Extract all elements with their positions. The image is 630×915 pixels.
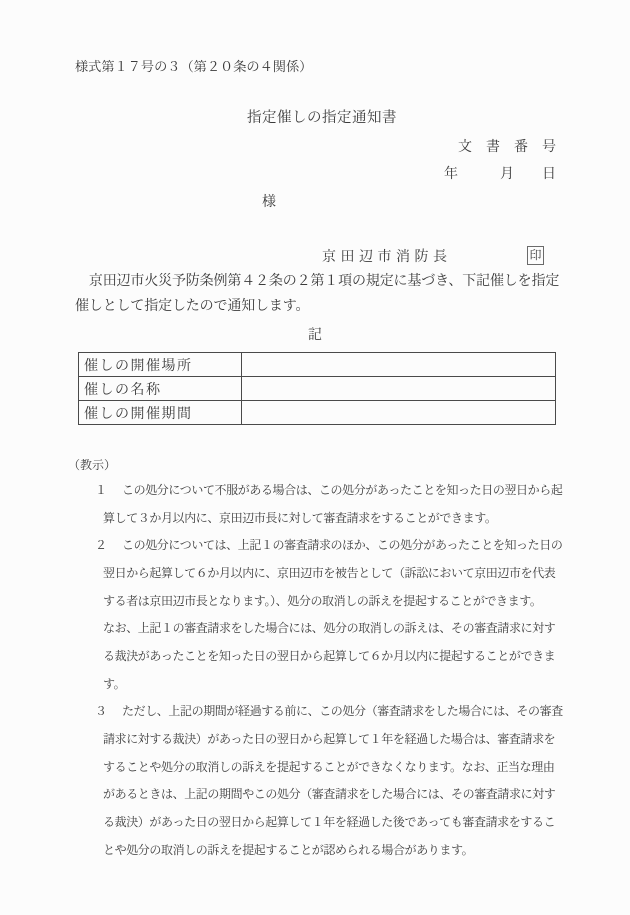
row-value-event-period xyxy=(242,401,556,425)
event-details-table: 催しの開催場所 催しの名称 催しの開催期間 xyxy=(78,352,556,425)
note-item-2-line: する者は京田辺市長となります。）、処分の取消しの訴えを提起することができます。 xyxy=(75,588,567,616)
note-item-text: ただし、上記の期間が経過する前に、この処分（審査請求をした場合には、その審査 xyxy=(122,704,563,718)
document-page: 様式第１７号の３（第２０条の４関係） 指定催しの指定通知書 文 書 番 号 年 … xyxy=(0,0,630,915)
note-item-1-line: 算して３か月以内に、京田辺市長に対して審査請求をすることができます。 xyxy=(75,505,567,533)
note-item-1-line: １この処分について不服がある場合は、この処分があったことを知った日の翌日から起 xyxy=(75,477,567,505)
note-item-3-line: とや処分の取消しの訴えを提起することが認められる場合があります。 xyxy=(75,837,567,865)
note-item-2-line: る裁決があったことを知った日の翌日から起算して６か月以内に提起することができま xyxy=(75,643,567,671)
note-item-number: ３ xyxy=(95,698,122,726)
note-item-3-line: る裁決）があった日の翌日から起算して１年を経過した後であっても審査請求をするこ xyxy=(75,809,567,837)
body-line: 催しとして指定したので通知します。 xyxy=(75,294,559,319)
note-item-3-line: ３ただし、上記の期間が経過する前に、この処分（審査請求をした場合には、その審査 xyxy=(75,698,567,726)
notes-heading: （教示） xyxy=(68,456,116,473)
note-item-2-line: 翌日から起算して６か月以内に、京田辺市を被告として（訴訟において京田辺市を代表 xyxy=(75,560,567,588)
note-item-2-line: す。 xyxy=(75,671,567,699)
note-item-2-line: なお、上記１の審査請求をした場合には、処分の取消しの訴えは、その審査請求に対す xyxy=(75,615,567,643)
body-line: 京田辺市火災予防条例第４２条の２第１項の規定に基づき、下記催しを指定 xyxy=(75,269,559,294)
row-label-event-location: 催しの開催場所 xyxy=(79,353,242,377)
table-row: 催しの開催期間 xyxy=(79,401,556,425)
note-item-2-line: ２この処分については、上記１の審査請求のほか、この処分があったことを知った日の xyxy=(75,532,567,560)
note-item-3-line: することや処分の取消しの訴えを提起することができなくなります。なお、正当な理由 xyxy=(75,754,567,782)
issuer-name: 京田辺市消防長 xyxy=(322,246,452,266)
addressee-honorific: 様 xyxy=(262,191,276,211)
row-label-event-name: 催しの名称 xyxy=(79,377,242,401)
seal-mark: 印 xyxy=(527,246,544,265)
note-item-text: この処分について不服がある場合は、この処分があったことを知った日の翌日から起 xyxy=(122,483,562,497)
note-item-3-line: 請求に対する裁決）があった日の翌日から起算して１年を経過した場合は、審査請求を xyxy=(75,726,567,754)
ki-label: 記 xyxy=(0,324,630,344)
body-paragraph: 京田辺市火災予防条例第４２条の２第１項の規定に基づき、下記催しを指定 催しとして… xyxy=(75,269,559,319)
row-label-event-period: 催しの開催期間 xyxy=(79,401,242,425)
notes-section: １この処分について不服がある場合は、この処分があったことを知った日の翌日から起 … xyxy=(75,477,567,864)
row-value-event-name xyxy=(242,377,556,401)
row-value-event-location xyxy=(242,353,556,377)
note-item-3-line: があるときは、上記の期間やこの処分（審査請求をした場合には、その審査請求に対す xyxy=(75,781,567,809)
note-item-text: この処分については、上記１の審査請求のほか、この処分があったことを知った日の xyxy=(122,538,562,552)
table-row: 催しの開催場所 xyxy=(79,353,556,377)
document-number-label: 文 書 番 号 xyxy=(458,136,556,156)
date-line: 年 月 日 xyxy=(444,163,556,183)
page-title: 指定催しの指定通知書 xyxy=(7,106,630,127)
note-item-number: ２ xyxy=(95,532,122,560)
note-item-number: １ xyxy=(95,477,122,505)
form-number: 様式第１７号の３（第２０条の４関係） xyxy=(75,56,312,75)
table-row: 催しの名称 xyxy=(79,377,556,401)
